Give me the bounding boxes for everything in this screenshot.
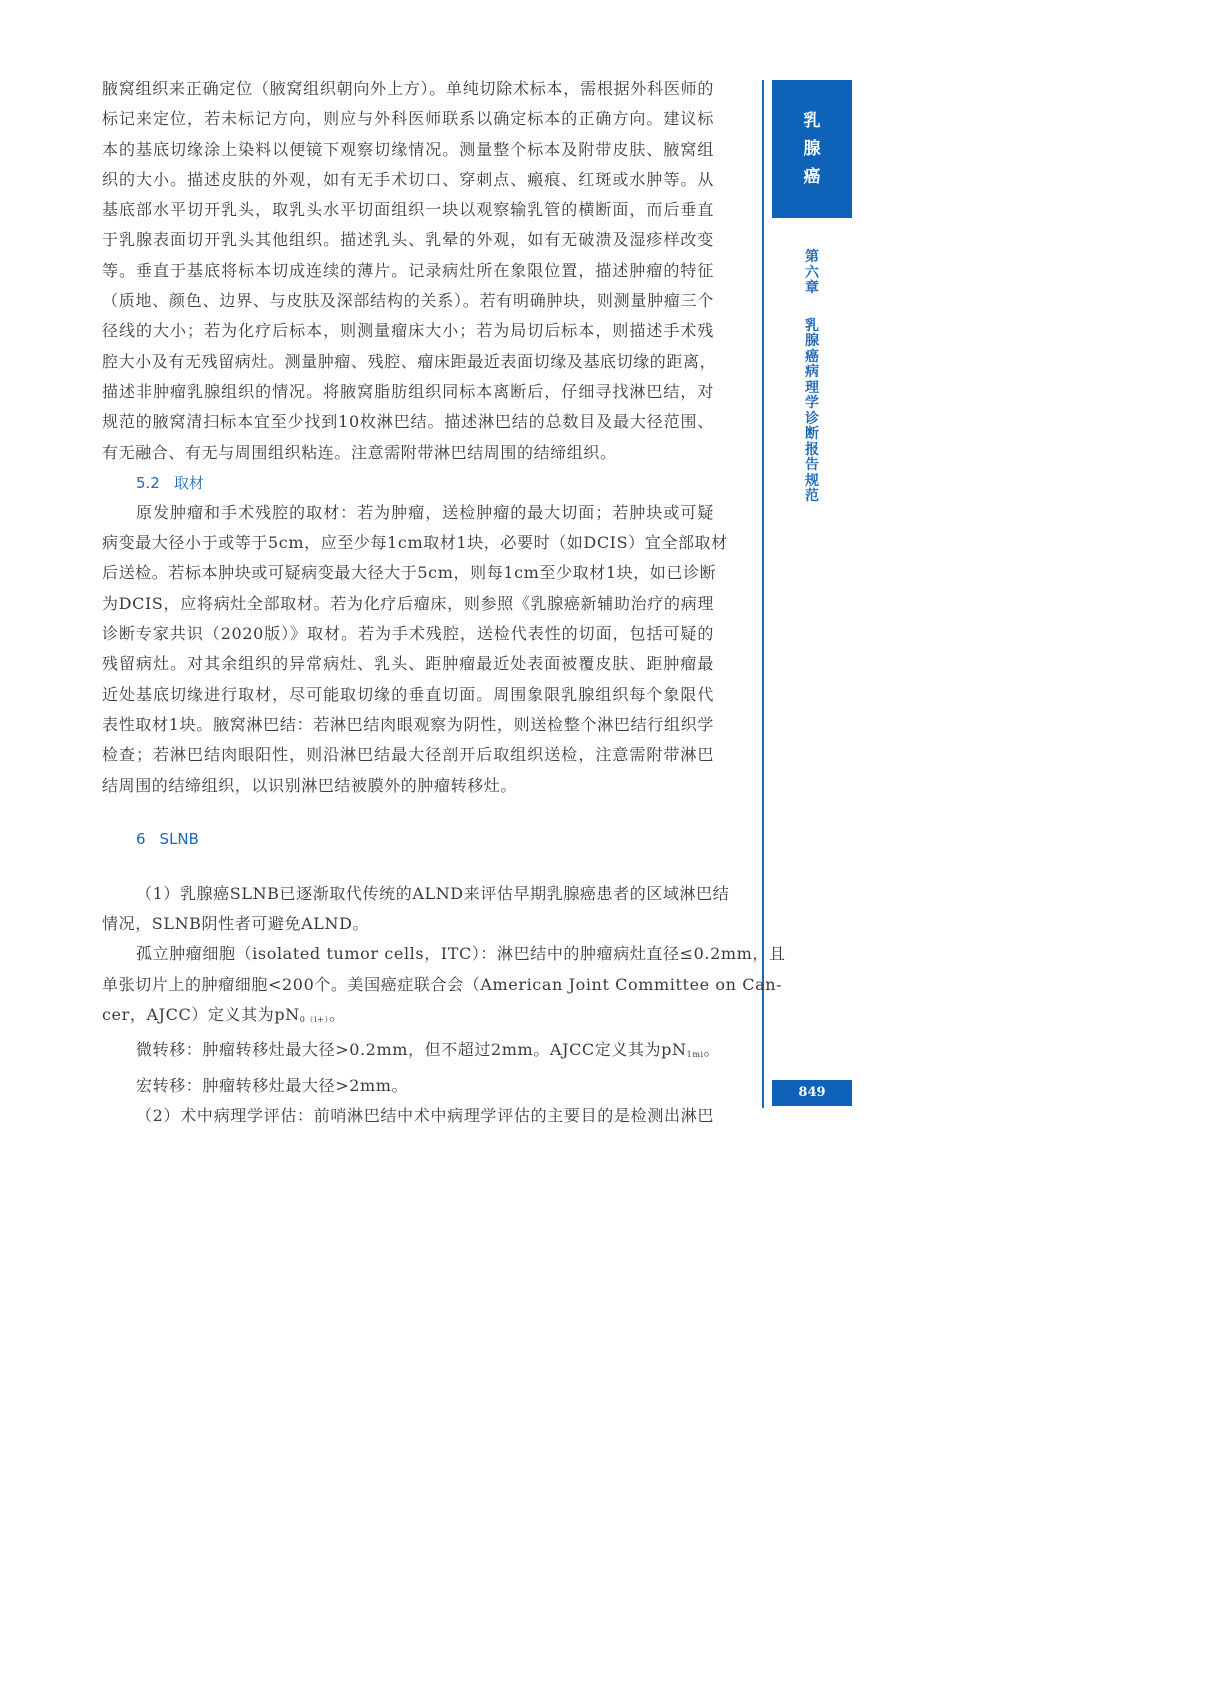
chapter-label-char: 六: [800, 266, 824, 282]
book-title-char: 癌: [804, 163, 821, 191]
text-line: 病变最大径小于或等于5cm，应至少每1cm取材1块，必要时（如DCIS）宜全部取…: [102, 528, 714, 558]
text-line: 腋窝组织来正确定位（腋窝组织朝向外上方）。单纯切除术标本，需根据外科医师的: [102, 74, 714, 104]
text: cer，AJCC）定义其为pN: [102, 1005, 300, 1024]
text: 宏转移：肿瘤转移灶最大径>2mm。: [102, 1071, 714, 1101]
text-line: 腔大小及有无残留病灶。测量肿瘤、残腔、瘤床距最近表面切缘及基底切缘的距离，: [102, 347, 714, 377]
text-line: 标记来定位，若未标记方向，则应与外科医师联系以确定标本的正确方向。建议标: [102, 104, 714, 134]
text-line: 织的大小。描述皮肤的外观，如有无手术切口、穿刺点、瘢痕、红斑或水肿等。从: [102, 165, 714, 195]
chapter-title-char: 断: [800, 427, 824, 443]
text: 微转移：肿瘤转移灶最大径>0.2mm，但不超过2mm。AJCC定义其为pN: [136, 1040, 687, 1059]
text-line: 本的基底切缘涂上染料以便镜下观察切缘情况。测量整个标本及附带皮肤、腋窝组: [102, 135, 714, 165]
text-line: 于乳腺表面切开乳头其他组织。描述乳头、乳晕的外观，如有无破溃及湿疹样改变: [102, 225, 714, 255]
chapter-title-char: 病: [800, 365, 824, 381]
text-line: （1）乳腺癌SLNB已逐渐取代传统的ALND来评估早期乳腺癌患者的区域淋巴结: [102, 879, 714, 909]
section-heading-6: 6SLNB: [102, 807, 714, 871]
book-title-tab: 乳 腺 癌: [772, 80, 852, 218]
section-title: SLNB: [160, 830, 199, 848]
chapter-title-char: 乳: [800, 319, 824, 335]
text-line: 原发肿瘤和手术残腔的取材：若为肿瘤，送检肿瘤的最大切面；若肿块或可疑: [102, 498, 714, 528]
text: 。: [704, 1040, 721, 1059]
page-number: 849: [772, 1080, 852, 1106]
text-line: 表性取材1块。腋窝淋巴结：若淋巴结肉眼观察为阴性，则送检整个淋巴结行组织学: [102, 710, 714, 740]
paragraph-micrometastasis: 微转移：肿瘤转移灶最大径>0.2mm，但不超过2mm。AJCC定义其为pN1mi…: [102, 1035, 714, 1070]
text-line: 后送检。若标本肿块或可疑病变最大径大于5cm，则每1cm至少取材1块，如已诊断: [102, 558, 714, 588]
text-line: 检查；若淋巴结肉眼阳性，则沿淋巴结最大径剖开后取组织送检，注意需附带淋巴: [102, 740, 714, 770]
section-heading-5-2: 5.2取材: [102, 468, 714, 498]
chapter-title-char: 腺: [800, 334, 824, 350]
chapter-label-char: 章: [800, 281, 824, 297]
book-title-char: 乳: [804, 107, 821, 135]
text: （2）术中病理学评估：前哨淋巴结中术中病理学评估的主要目的是检测出淋巴: [102, 1101, 714, 1131]
text-line: 单张切片上的肿瘤细胞<200个。美国癌症联合会（American Joint C…: [102, 970, 714, 1000]
text-line: 基底部水平切开乳头，取乳头水平切面组织一块以观察输乳管的横断面，而后垂直: [102, 195, 714, 225]
chapter-title-char: 报: [800, 443, 824, 459]
chapter-title-char: 理: [800, 381, 824, 397]
text-line: 规范的腋窝清扫标本宜至少找到10枚淋巴结。描述淋巴结的总数目及最大径范围、: [102, 407, 714, 437]
subscript: 1mi: [687, 1050, 704, 1059]
paragraph-intraoperative: （2）术中病理学评估：前哨淋巴结中术中病理学评估的主要目的是检测出淋巴: [102, 1101, 714, 1131]
section-number: 5.2: [136, 474, 160, 492]
text-line: 情况，SLNB阴性者可避免ALND。: [102, 909, 714, 939]
paragraph-macrometastasis: 宏转移：肿瘤转移灶最大径>2mm。: [102, 1071, 714, 1101]
text: 。: [329, 1005, 346, 1024]
paragraph-itc-last: cer，AJCC）定义其为pN0（i+）。: [102, 1000, 714, 1035]
text-line: 残留病灶。对其余组织的异常病灶、乳头、距肿瘤最近处表面被覆皮肤、距肿瘤最: [102, 649, 714, 679]
text-line: 结周围的结缔组织，以识别淋巴结被膜外的肿瘤转移灶。: [102, 771, 714, 801]
chapter-running-title: 第六章乳腺癌病理学诊断报告规范: [800, 250, 824, 505]
paragraph-specimen-description: 腋窝组织来正确定位（腋窝组织朝向外上方）。单纯切除术标本，需根据外科医师的标记来…: [102, 74, 714, 468]
chapter-label-char: 第: [800, 250, 824, 266]
page-body: 腋窝组织来正确定位（腋窝组织朝向外上方）。单纯切除术标本，需根据外科医师的标记来…: [102, 74, 714, 1131]
subscript: 0（i+）: [300, 1015, 329, 1024]
text-line: 孤立肿瘤细胞（isolated tumor cells，ITC）：淋巴结中的肿瘤…: [102, 939, 714, 969]
paragraph-slnb-1: （1）乳腺癌SLNB已逐渐取代传统的ALND来评估早期乳腺癌患者的区域淋巴结情况…: [102, 879, 714, 940]
text-line: 等。垂直于基底将标本切成连续的薄片。记录病灶所在象限位置，描述肿瘤的特征: [102, 256, 714, 286]
section-number: 6: [136, 830, 146, 848]
chapter-title-char: 癌: [800, 350, 824, 366]
text-line: （质地、颜色、边界、与皮肤及深部结构的关系）。若有明确肿块，则测量肿瘤三个: [102, 286, 714, 316]
text-line: 诊断专家共识（2020版）》取材。若为手术残腔，送检代表性的切面，包括可疑的: [102, 619, 714, 649]
text-line: 描述非肿瘤乳腺组织的情况。将腋窝脂肪组织同标本离断后，仔细寻找淋巴结，对: [102, 377, 714, 407]
text-line: 近处基底切缘进行取材，尽可能取切缘的垂直切面。周围象限乳腺组织每个象限代: [102, 680, 714, 710]
text-line: 为DCIS，应将病灶全部取材。若为化疗后瘤床，则参照《乳腺癌新辅助治疗的病理: [102, 589, 714, 619]
paragraph-itc: 孤立肿瘤细胞（isolated tumor cells，ITC）：淋巴结中的肿瘤…: [102, 939, 714, 1000]
spacer: [800, 297, 824, 319]
chapter-title-char: 规: [800, 474, 824, 490]
chapter-title-char: 告: [800, 458, 824, 474]
chapter-title-char: 范: [800, 489, 824, 505]
chapter-title-char: 诊: [800, 412, 824, 428]
section-title: 取材: [174, 474, 204, 492]
chapter-title-char: 学: [800, 396, 824, 412]
text-line: 有无融合、有无与周围组织粘连。注意需附带淋巴结周围的结缔组织。: [102, 438, 714, 468]
book-title-char: 腺: [804, 135, 821, 163]
paragraph-sampling: 原发肿瘤和手术残腔的取材：若为肿瘤，送检肿瘤的最大切面；若肿块或可疑病变最大径小…: [102, 498, 714, 801]
text-line: 径线的大小；若为化疗后标本，则测量瘤床大小；若为局切后标本，则描述手术残: [102, 316, 714, 346]
